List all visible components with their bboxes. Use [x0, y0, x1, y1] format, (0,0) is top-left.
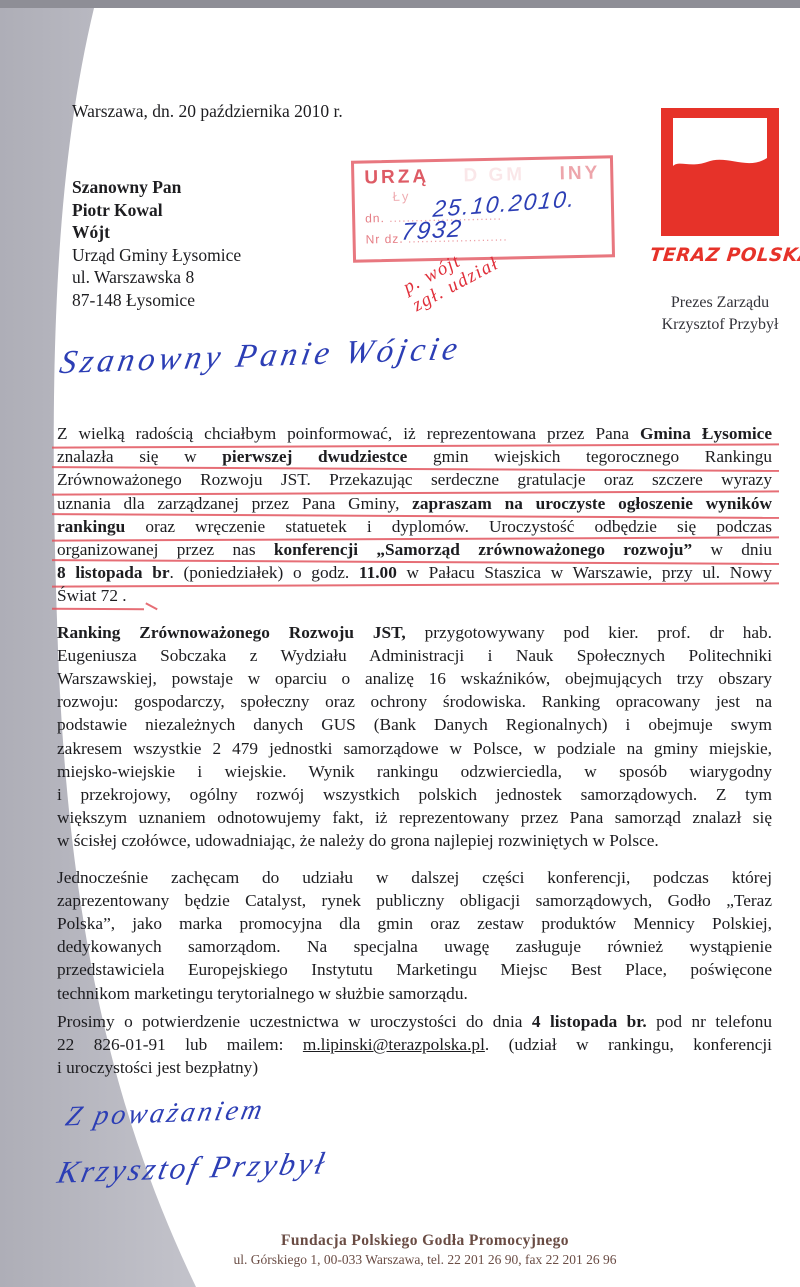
- para-3: Jednocześnie zachęcam do udziału w dalsz…: [57, 866, 772, 1005]
- text-segment: większym uznaniem odnotowujemy fakt, iż …: [57, 808, 772, 827]
- text-segment: Jednocześnie zachęcam do udziału w dalsz…: [57, 868, 772, 887]
- letter-line: większym uznaniem odnotowujemy fakt, iż …: [57, 806, 772, 829]
- letter-line: w ścisłej czołówce, udowadniając, że nal…: [57, 829, 772, 852]
- text-segment: zapraszam na uroczyste ogłoszenie wynikó…: [412, 494, 772, 513]
- letter-line: i przekrojowy, ogólny rozwój wszystkich …: [57, 783, 772, 806]
- text-segment: podstawie niezależnych danych GUS (Bank …: [57, 715, 772, 734]
- text-segment: pierwszej dwudziestce: [222, 447, 407, 466]
- sender-title: Prezes Zarządu: [650, 292, 790, 314]
- stamp-org-right: INY: [559, 163, 600, 186]
- text-segment: . (poniedziałek) o godz.: [170, 563, 359, 582]
- text-segment: 4 listopada br.: [532, 1012, 647, 1031]
- letterhead-footer: Fundacja Polskiego Godła Promocyjnego ul…: [80, 1232, 770, 1268]
- recipient-block: Szanowny PanPiotr KowalWójtUrząd Gminy Ł…: [72, 176, 241, 311]
- letter-line: Jednocześnie zachęcam do udziału w dalsz…: [57, 866, 772, 889]
- letter-line: zaprezentowany będzie Catalyst, rynek pu…: [57, 889, 772, 912]
- stamp-org-left: URZĄ: [364, 166, 429, 189]
- letter-line: technikom marketingu terytorialnego w sł…: [57, 982, 772, 1005]
- footer-organization: Fundacja Polskiego Godła Promocyjnego: [80, 1232, 770, 1250]
- text-segment: Warszawskiej, powstaje w oparciu o anali…: [57, 669, 772, 688]
- text-segment: Z wielką radością chciałbym poinformować…: [57, 424, 640, 443]
- logo-block: TERAZ POLSKA Prezes Zarządu Krzysztof Pr…: [650, 108, 790, 336]
- letter-line: miejsko-wiejskie i wiejskie. Wynik ranki…: [57, 760, 772, 783]
- text-segment: dedykowanych samorządom. Na specjalna uw…: [57, 937, 772, 956]
- para-4: Prosimy o potwierdzenie uczestnictwa w u…: [57, 1010, 772, 1080]
- text-segment: w ścisłej czołówce, udowadniając, że nal…: [57, 831, 659, 850]
- letter-line: Polska”, jako marka promocyjna dla gmin …: [57, 912, 772, 935]
- text-segment: pod nr telefonu: [647, 1012, 772, 1031]
- text-segment: Eugeniusza Sobczaka z Wydziału Administr…: [57, 646, 772, 665]
- footer-address: ul. Górskiego 1, 00-033 Warszawa, tel. 2…: [80, 1252, 770, 1268]
- para-2: Ranking Zrównoważonego Rozwoju JST, przy…: [57, 621, 772, 853]
- text-segment: zaprezentowany będzie Catalyst, rynek pu…: [57, 891, 772, 910]
- text-segment: Świat 72 .: [57, 586, 127, 605]
- text-segment: Gmina Łysomice: [640, 424, 772, 443]
- letter-line: zakresem wszystkie 2 479 jednostki samor…: [57, 737, 772, 760]
- text-segment: w Pałacu Staszica w Warszawie, przy ul. …: [397, 563, 772, 582]
- text-segment: 8 listopada br: [57, 563, 170, 582]
- text-segment: zakresem wszystkie 2 479 jednostki samor…: [57, 739, 772, 758]
- recipient-line: Piotr Kowal: [72, 199, 241, 222]
- text-segment: . (udział w rankingu, konferencji: [485, 1035, 772, 1054]
- text-segment: miejsko-wiejskie i wiejskie. Wynik ranki…: [57, 762, 772, 781]
- stamp-number-label: Nr dz.: [365, 232, 403, 247]
- recipient-line: Szanowny Pan: [72, 176, 241, 199]
- letter-line: Zrównoważonego Rozwoju JST. Przekazując …: [57, 468, 772, 491]
- text-segment: konferencji „Samorząd zrównoważonego roz…: [274, 540, 692, 559]
- text-segment: rankingu: [57, 517, 125, 536]
- letter-line: Ranking Zrównoważonego Rozwoju JST, przy…: [57, 621, 772, 644]
- text-segment: rozwoju: gospodarczy, społeczny oraz och…: [57, 692, 772, 711]
- letter-line: Świat 72 .: [57, 584, 772, 607]
- text-segment: technikom marketingu terytorialnego w sł…: [57, 984, 468, 1003]
- text-segment: znalazła się w: [57, 447, 222, 466]
- text-segment: organizowanej przez nas: [57, 540, 274, 559]
- letter-line: i uroczystości jest bezpłatny): [57, 1056, 772, 1079]
- sender-title-block: Prezes Zarządu Krzysztof Przybył: [650, 292, 790, 336]
- letter-line: rozwoju: gospodarczy, społeczny oraz och…: [57, 690, 772, 713]
- letter-line: rankingu oraz wręczenie statuetek i dypl…: [57, 515, 772, 538]
- text-segment: oraz wręczenie statuetek i dyplomów. Uro…: [125, 517, 772, 536]
- recipient-line: Urząd Gminy Łysomice: [72, 244, 241, 267]
- text-segment: przedstawiciela Europejskiego Instytutu …: [57, 960, 772, 979]
- text-segment: Prosimy o potwierdzenie uczestnictwa w u…: [57, 1012, 532, 1031]
- text-segment: Polska”, jako marka promocyjna dla gmin …: [57, 914, 772, 933]
- sender-name: Krzysztof Przybył: [650, 314, 790, 336]
- letter-line: Z wielką radością chciałbym poinformować…: [57, 422, 772, 445]
- text-segment: i przekrojowy, ogólny rozwój wszystkich …: [57, 785, 772, 804]
- brand-wordmark: TERAZ POLSKA: [649, 245, 791, 266]
- letter-line: Warszawskiej, powstaje w oparciu o anali…: [57, 667, 772, 690]
- text-segment: gmin wiejskich tegorocznego Rankingu: [407, 447, 772, 466]
- handwritten-stamp-number: 7932: [400, 215, 465, 247]
- text-segment: Ranking Zrównoważonego Rozwoju JST,: [57, 623, 406, 642]
- text-segment: i uroczystości jest bezpłatny): [57, 1058, 258, 1077]
- email-text: m.lipinski@terazpolska.pl: [303, 1035, 485, 1054]
- recipient-line: 87-148 Łysomice: [72, 289, 241, 312]
- letter-line: podstawie niezależnych danych GUS (Bank …: [57, 713, 772, 736]
- letter-line: Prosimy o potwierdzenie uczestnictwa w u…: [57, 1010, 772, 1033]
- stamp-date-label: dn.: [365, 211, 385, 225]
- scan-top-band: [0, 0, 800, 8]
- letter-line: przedstawiciela Europejskiego Instytutu …: [57, 958, 772, 981]
- letter-line: Eugeniusza Sobczaka z Wydziału Administr…: [57, 644, 772, 667]
- text-segment: uznania dla zarządzanej przez Pana Gminy…: [57, 494, 412, 513]
- letter-body: Z wielką radością chciałbym poinformować…: [57, 422, 772, 1080]
- letter-line: znalazła się w pierwszej dwudziestce gmi…: [57, 445, 772, 468]
- text-segment: 11.00: [359, 563, 397, 582]
- text-segment: 22 826-01-91 lub mailem:: [57, 1035, 303, 1054]
- red-underline-mark: [52, 607, 144, 609]
- letter-line: organizowanej przez nas konferencji „Sam…: [57, 538, 772, 561]
- para-1: Z wielką radością chciałbym poinformować…: [57, 422, 772, 608]
- text-segment: Zrównoważonego Rozwoju JST. Przekazując …: [57, 470, 772, 489]
- teraz-polska-flag-icon: [661, 108, 779, 236]
- letter-date: Warszawa, dn. 20 października 2010 r.: [72, 101, 343, 122]
- letter-line: 22 826-01-91 lub mailem: m.lipinski@tera…: [57, 1033, 772, 1056]
- stamp-org-faded: D GM: [463, 164, 525, 187]
- letter-line: uznania dla zarządzanej przez Pana Gminy…: [57, 492, 772, 515]
- letter-line: 8 listopada br. (poniedziałek) o godz. 1…: [57, 561, 772, 584]
- text-segment: przygotowywany pod kier. prof. dr hab.: [406, 623, 772, 642]
- text-segment: w dniu: [692, 540, 772, 559]
- letter-line: dedykowanych samorządom. Na specjalna uw…: [57, 935, 772, 958]
- recipient-line: ul. Warszawska 8: [72, 266, 241, 289]
- recipient-line: Wójt: [72, 221, 241, 244]
